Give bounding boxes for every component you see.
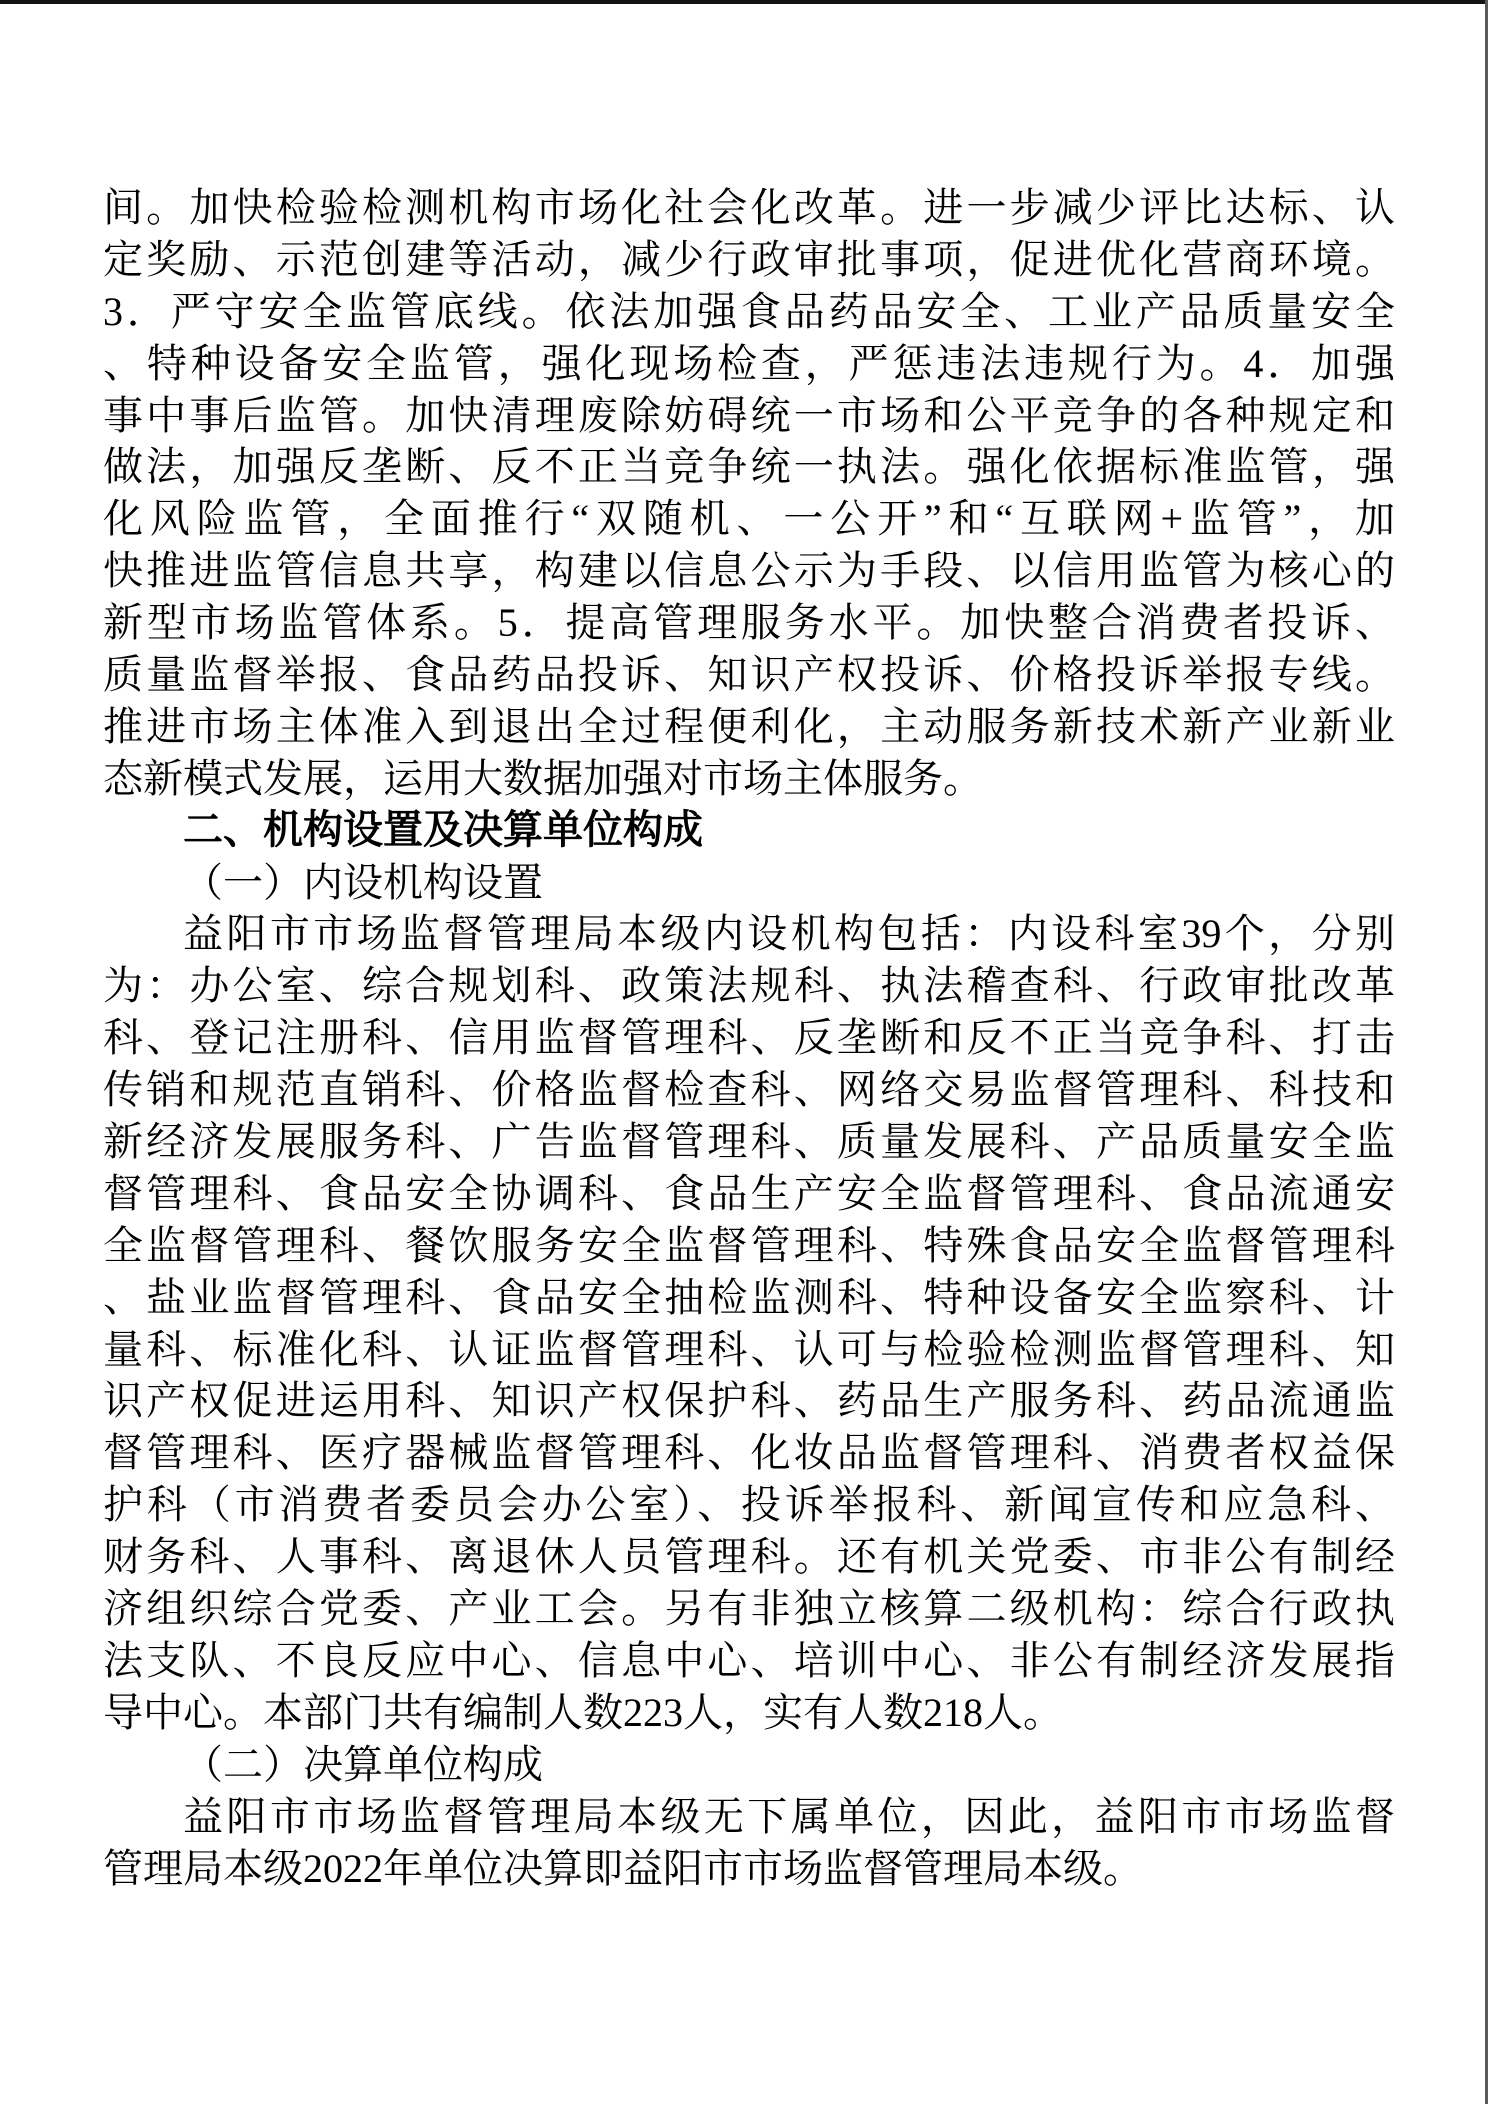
text-line: 做法，加强反垄断、反不正当竞争统一执法。强化依据标准监管，强 (103, 441, 1395, 493)
text-line: 益阳市市场监督管理局本级无下属单位，因此，益阳市市场监督 (103, 1791, 1395, 1843)
text-line: 益阳市市场监督管理局本级内设机构包括：内设科室39个，分别 (103, 908, 1395, 960)
text-line: 间。加快检验检测机构市场化社会化改革。进一步减少评比达标、认 (103, 182, 1395, 234)
text-line: 质量监督举报、食品药品投诉、知识产权投诉、价格投诉举报专线。 (103, 649, 1395, 701)
text-line: 督管理科、医疗器械监督管理科、化妆品监督管理科、消费者权益保 (103, 1427, 1395, 1479)
text-line: 科、登记注册科、信用监督管理科、反垄断和反不正当竞争科、打击 (103, 1012, 1395, 1064)
text-line: 、特种设备安全监管，强化现场检查，严惩违法违规行为。4．加强 (103, 338, 1395, 390)
text-line: 3．严守安全监管底线。依法加强食品药品安全、工业产品质量安全 (103, 286, 1395, 338)
text-line: 推进市场主体准入到退出全过程便利化，主动服务新技术新产业新业 (103, 701, 1395, 753)
text-line: 督管理科、食品安全协调科、食品生产安全监督管理科、食品流通安 (103, 1168, 1395, 1220)
text-line: 新型市场监管体系。5．提高管理服务水平。加快整合消费者投诉、 (103, 597, 1395, 649)
text-line: 新经济发展服务科、广告监督管理科、质量发展科、产品质量安全监 (103, 1116, 1395, 1168)
text-line: 为：办公室、综合规划科、政策法规科、执法稽查科、行政审批改革 (103, 960, 1395, 1012)
text-line: （一）内设机构设置 (103, 857, 1395, 909)
text-line: 、盐业监督管理科、食品安全抽检监测科、特种设备安全监察科、计 (103, 1272, 1395, 1324)
section-heading: 二、机构设置及决算单位构成 (103, 805, 1395, 857)
text-line: 定奖励、示范创建等活动，减少行政审批事项，促进优化营商环境。 (103, 234, 1395, 286)
text-line: 化风险监管，全面推行“双随机、一公开”和“互联网+监管”，加 (103, 493, 1395, 545)
text-line: 量科、标准化科、认证监督管理科、认可与检验检测监督管理科、知 (103, 1324, 1395, 1376)
scan-top-edge (0, 0, 1488, 4)
text-line: 管理局本级2022年单位决算即益阳市市场监督管理局本级。 (103, 1843, 1395, 1895)
text-line: （二）决算单位构成 (103, 1739, 1395, 1791)
text-line: 识产权促进运用科、知识产权保护科、药品生产服务科、药品流通监 (103, 1375, 1395, 1427)
text-line: 态新模式发展，运用大数据加强对市场主体服务。 (103, 753, 1395, 805)
text-line: 事中事后监管。加快清理废除妨碍统一市场和公平竞争的各种规定和 (103, 390, 1395, 442)
text-line: 导中心。本部门共有编制人数223人，实有人数218人。 (103, 1687, 1395, 1739)
text-line: 济组织综合党委、产业工会。另有非独立核算二级机构：综合行政执 (103, 1583, 1395, 1635)
document-text: 间。加快检验检测机构市场化社会化改革。进一步减少评比达标、认定奖励、示范创建等活… (103, 182, 1395, 1894)
document-page: 间。加快检验检测机构市场化社会化改革。进一步减少评比达标、认定奖励、示范创建等活… (0, 0, 1488, 2104)
text-line: 财务科、人事科、离退休人员管理科。还有机关党委、市非公有制经 (103, 1531, 1395, 1583)
text-line: 全监督管理科、餐饮服务安全监督管理科、特殊食品安全监督管理科 (103, 1220, 1395, 1272)
text-line: 护科（市消费者委员会办公室）、投诉举报科、新闻宣传和应急科、 (103, 1479, 1395, 1531)
text-line: 快推进监管信息共享，构建以信息公示为手段、以信用监管为核心的 (103, 545, 1395, 597)
text-line: 传销和规范直销科、价格监督检查科、网络交易监督管理科、科技和 (103, 1064, 1395, 1116)
text-line: 法支队、不良反应中心、信息中心、培训中心、非公有制经济发展指 (103, 1635, 1395, 1687)
